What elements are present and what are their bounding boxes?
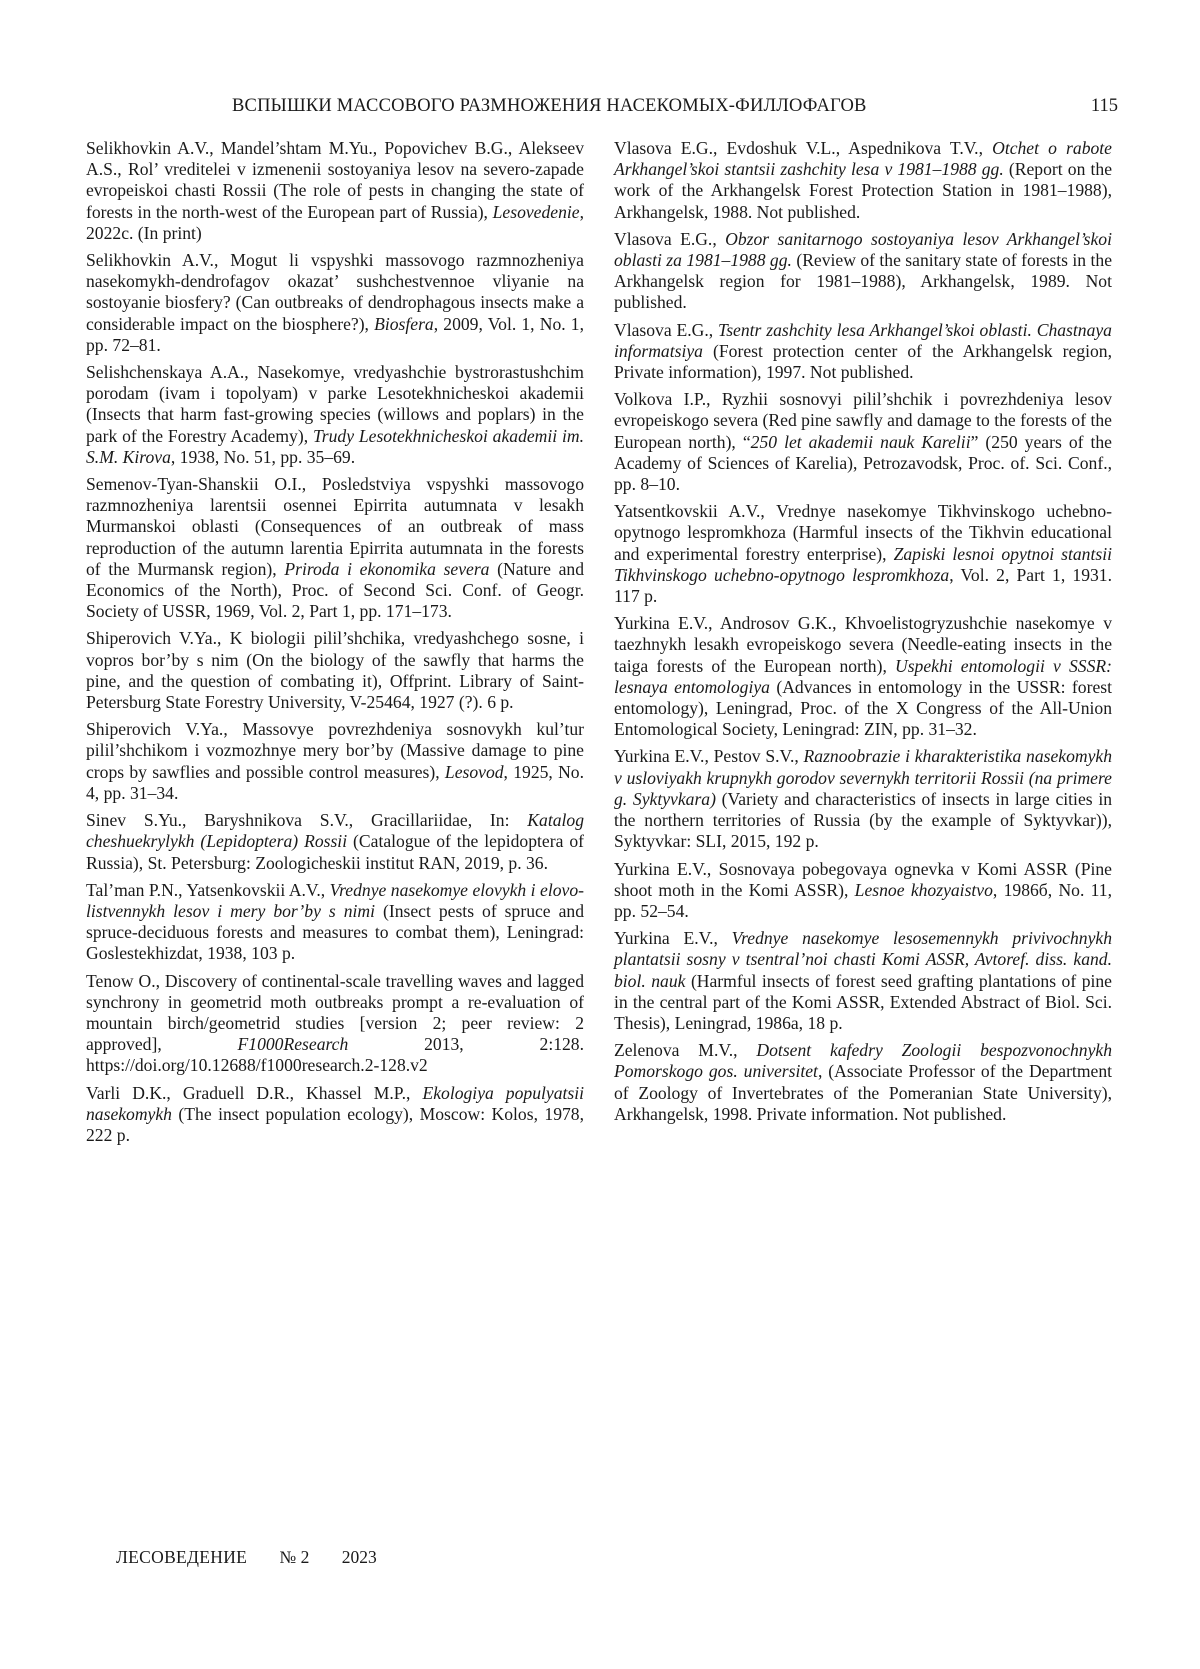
- reference-text: Yurkina E.V.,: [614, 928, 732, 948]
- reference-entry: Selikhovkin A.V., Mogut li vspyshki mass…: [86, 250, 584, 356]
- references-left-column: Selikhovkin A.V., Mandel’shtam M.Yu., Po…: [86, 138, 584, 1152]
- reference-entry: Tenow O., Discovery of continental-scale…: [86, 971, 584, 1077]
- reference-italic-title: Lesovod: [445, 762, 504, 782]
- reference-entry: Selishchenskaya A.A., Nasekomye, vredyas…: [86, 362, 584, 468]
- issue-number: № 2: [280, 1547, 310, 1568]
- reference-text: Sinev S.Yu., Baryshnikova S.V., Gracilla…: [86, 810, 527, 830]
- reference-entry: Yurkina E.V., Vrednye nasekomye lesoseme…: [614, 928, 1112, 1034]
- running-head: ВСПЫШКИ МАССОВОГО РАЗМНОЖЕНИЯ НАСЕКОМЫХ-…: [0, 96, 1200, 120]
- reference-text: Vlasova E.G.,: [614, 320, 718, 340]
- reference-entry: Yatsentkovskii A.V., Vrednye nasekomye T…: [614, 501, 1112, 607]
- reference-entry: Semenov-Tyan-Shanskii O.I., Posledstviya…: [86, 474, 584, 622]
- reference-italic-title: F1000Re­search: [238, 1034, 349, 1054]
- reference-entry: Vlasova E.G., Evdoshuk V.L., Aspednikova…: [614, 138, 1112, 223]
- reference-text: Vlasova E.G., Evdoshuk V.L., Aspednikova…: [614, 138, 992, 158]
- running-foot: ЛЕСОВЕДЕНИЕ № 2 2023: [116, 1547, 377, 1568]
- reference-italic-title: Lesovedenie: [493, 202, 580, 222]
- reference-text: (Harmful insects of forest seed grafting…: [614, 971, 1112, 1033]
- running-title: ВСПЫШКИ МАССОВОГО РАЗМНОЖЕНИЯ НАСЕКОМЫХ-…: [232, 96, 867, 117]
- reference-entry: Selikhovkin A.V., Mandel’shtam M.Yu., Po…: [86, 138, 584, 244]
- reference-italic-title: Biosfera: [374, 314, 434, 334]
- page-number: 115: [1091, 96, 1118, 117]
- reference-text: Varli D.K., Graduell D.R., Khassel M.P.,: [86, 1083, 422, 1103]
- reference-text: Shiperovich V.Ya., K biologii pilil’shch…: [86, 628, 584, 712]
- reference-text: Vlasova E.G.,: [614, 229, 725, 249]
- reference-entry: Tal’man P.N., Yatsenkovskii A.V., Vredny…: [86, 880, 584, 965]
- reference-entry: Yurkina E.V., Pestov S.V., Raznoobrazie …: [614, 746, 1112, 852]
- reference-entry: Shiperovich V.Ya., Massovye povrezhdeniy…: [86, 719, 584, 804]
- reference-text: Zelenova M.V.,: [614, 1040, 756, 1060]
- reference-entry: Vlasova E.G., Obzor sanitarnogo sostoyan…: [614, 229, 1112, 314]
- reference-entry: Volkova I.P., Ryzhii sosnovyi pilil’shch…: [614, 389, 1112, 495]
- reference-entry: Sinev S.Yu., Baryshnikova S.V., Gracilla…: [86, 810, 584, 874]
- publication-year: 2023: [342, 1547, 377, 1568]
- reference-italic-title: Priroda i ekonomika severa: [284, 559, 489, 579]
- reference-text: Yurkina E.V., Pestov S.V.,: [614, 746, 804, 766]
- reference-entry: Varli D.K., Graduell D.R., Khassel M.P.,…: [86, 1083, 584, 1147]
- reference-entry: Yurkina E.V., Sosnovaya pobegovaya ognev…: [614, 859, 1112, 923]
- reference-entry: Vlasova E.G., Tsentr zashchity lesa Arkh…: [614, 320, 1112, 384]
- reference-entry: Zelenova M.V., Dotsent kafedry Zoologii …: [614, 1040, 1112, 1125]
- reference-italic-title: 250 let akademii nauk Karelii: [751, 432, 971, 452]
- reference-text: Tal’man P.N., Yatsenkovskii A.V.,: [86, 880, 330, 900]
- journal-name: ЛЕСОВЕДЕНИЕ: [116, 1547, 247, 1568]
- references-right-column: Vlasova E.G., Evdoshuk V.L., Aspednikova…: [614, 138, 1112, 1131]
- reference-entry: Shiperovich V.Ya., K biologii pilil’shch…: [86, 628, 584, 713]
- reference-italic-title: Lesnoe khozyaistvo: [855, 880, 993, 900]
- reference-entry: Yurkina E.V., Androsov G.K., Khvoelistog…: [614, 613, 1112, 740]
- reference-text: , 1938, No. 51, pp. 35–69.: [171, 447, 355, 467]
